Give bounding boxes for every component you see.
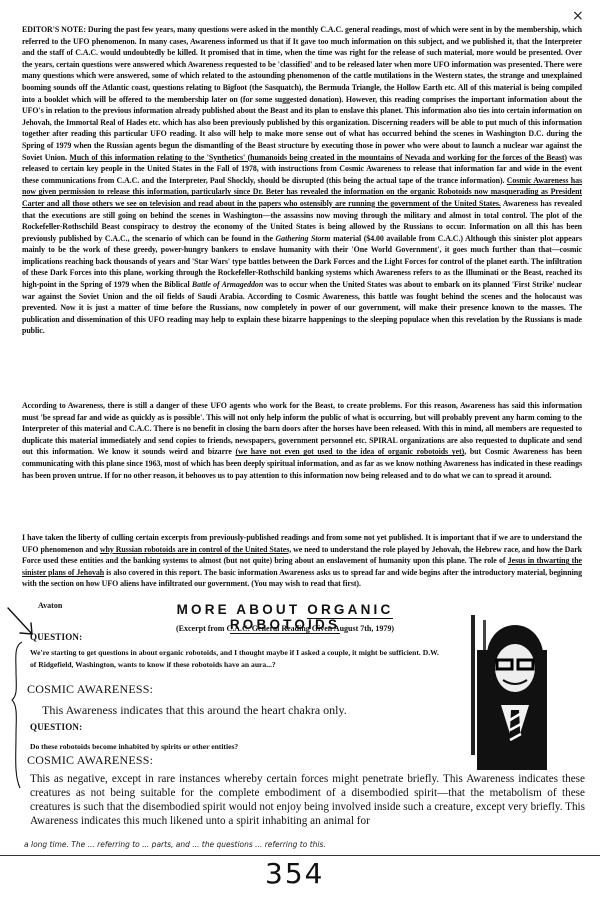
- section-title-prefix: MORE ABOUT: [177, 602, 308, 617]
- text-run: EDITOR'S NOTE: During the past few years…: [22, 25, 582, 162]
- italic-title-armageddon: Battle of Armageddon: [192, 280, 263, 289]
- answer-text: This Awareness indicates that this aroun…: [42, 703, 347, 718]
- underlined-text-synthetics: Much of this information relating to the…: [69, 153, 567, 162]
- underlined-text-russian-robotoids: why Russian robotoids are in control of …: [100, 545, 291, 554]
- editors-note-paragraph-1: EDITOR'S NOTE: During the past few years…: [22, 24, 582, 337]
- divider-line: [0, 855, 600, 856]
- answer-label: COSMIC AWARENESS:: [27, 682, 153, 697]
- editors-note-paragraph-2: According to Awareness, there is still a…: [22, 400, 582, 481]
- portrait-photo: [463, 610, 563, 770]
- handwritten-note: a long time. The ... referring to ... pa…: [24, 840, 584, 849]
- editors-note-paragraph-3: I have taken the liberty of culling cert…: [22, 532, 582, 590]
- underlined-text-robotoids: (we have not even got used to the idea o…: [235, 447, 464, 456]
- portrait-image: [463, 610, 563, 770]
- question-text: Do these robotoids become inhabited by s…: [30, 741, 440, 753]
- hand-drawn-brace-icon: [10, 640, 24, 790]
- text-run: is also covered in this report. The basi…: [22, 568, 582, 589]
- corner-mark: ×: [572, 8, 584, 24]
- answer-label: COSMIC AWARENESS:: [27, 753, 153, 768]
- page-number: 354: [265, 857, 324, 890]
- question-text: We're starting to get questions in about…: [30, 647, 440, 670]
- answer-text: This as negative, except in rare instanc…: [30, 772, 585, 828]
- italic-title-gathering-storm: Gathering Storm: [276, 234, 331, 243]
- question-label: QUESTION:: [30, 632, 82, 642]
- excerpt-source: (Excerpt from C.A.C. General Reading Giv…: [120, 624, 450, 633]
- question-label: QUESTION:: [30, 722, 82, 732]
- signature: Avaton: [38, 601, 62, 610]
- scanned-document-page: × EDITOR'S NOTE: During the past few yea…: [0, 0, 600, 900]
